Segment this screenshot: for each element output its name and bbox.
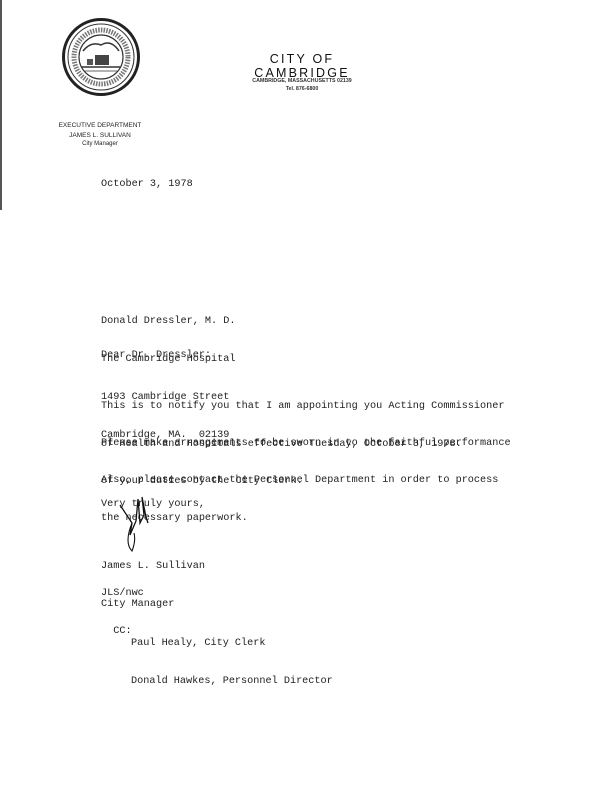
paragraph-line: the necessary paperwork. [101,513,498,526]
paragraph: Also, please contact the Personnel Depar… [101,450,498,538]
signer-name: James L. Sullivan [101,561,205,574]
letterhead-address-block: CAMBRIDGE, MASSACHUSETTS 02139 Tel. 876-… [212,77,392,93]
recipient-line: Donald Dressler, M. D. [101,316,236,329]
typist-initials: JLS/nwc [101,588,144,601]
cc-recipient: Paul Healy, City Clerk [131,638,333,651]
paragraph-line: Also, please contact the Personnel Depar… [101,475,498,488]
cc-recipient: Donald Hawkes, Personnel Director [131,676,333,689]
cc-block: CC: [101,613,132,638]
salutation: Dear Dr. Dressler: [101,350,211,363]
official-name: JAMES L. SULLIVAN [40,131,160,141]
page-edge-mark [0,0,2,210]
department-block: EXECUTIVE DEPARTMENT JAMES L. SULLIVAN C… [40,121,160,150]
letter-date: October 3, 1978 [101,179,193,192]
letterhead-address: CAMBRIDGE, MASSACHUSETTS 02139 [212,77,392,85]
letterhead-phone: Tel. 876-6800 [212,85,392,93]
cc-label: CC: [113,626,131,637]
paragraph-line: This is to notify you that I am appointi… [101,401,505,414]
signer-title: City Manager [101,599,205,612]
cc-list: Paul Healy, City Clerk Donald Hawkes, Pe… [131,613,333,701]
department-name: EXECUTIVE DEPARTMENT [40,121,160,131]
city-seal-icon [62,18,140,96]
letterhead-title: CITY OF CAMBRIDGE [222,52,382,80]
signature-block: James L. Sullivan City Manager [101,536,205,624]
official-title: City Manager [40,140,160,150]
paragraph-line: Please make arrangements to be sworn in … [101,438,511,451]
